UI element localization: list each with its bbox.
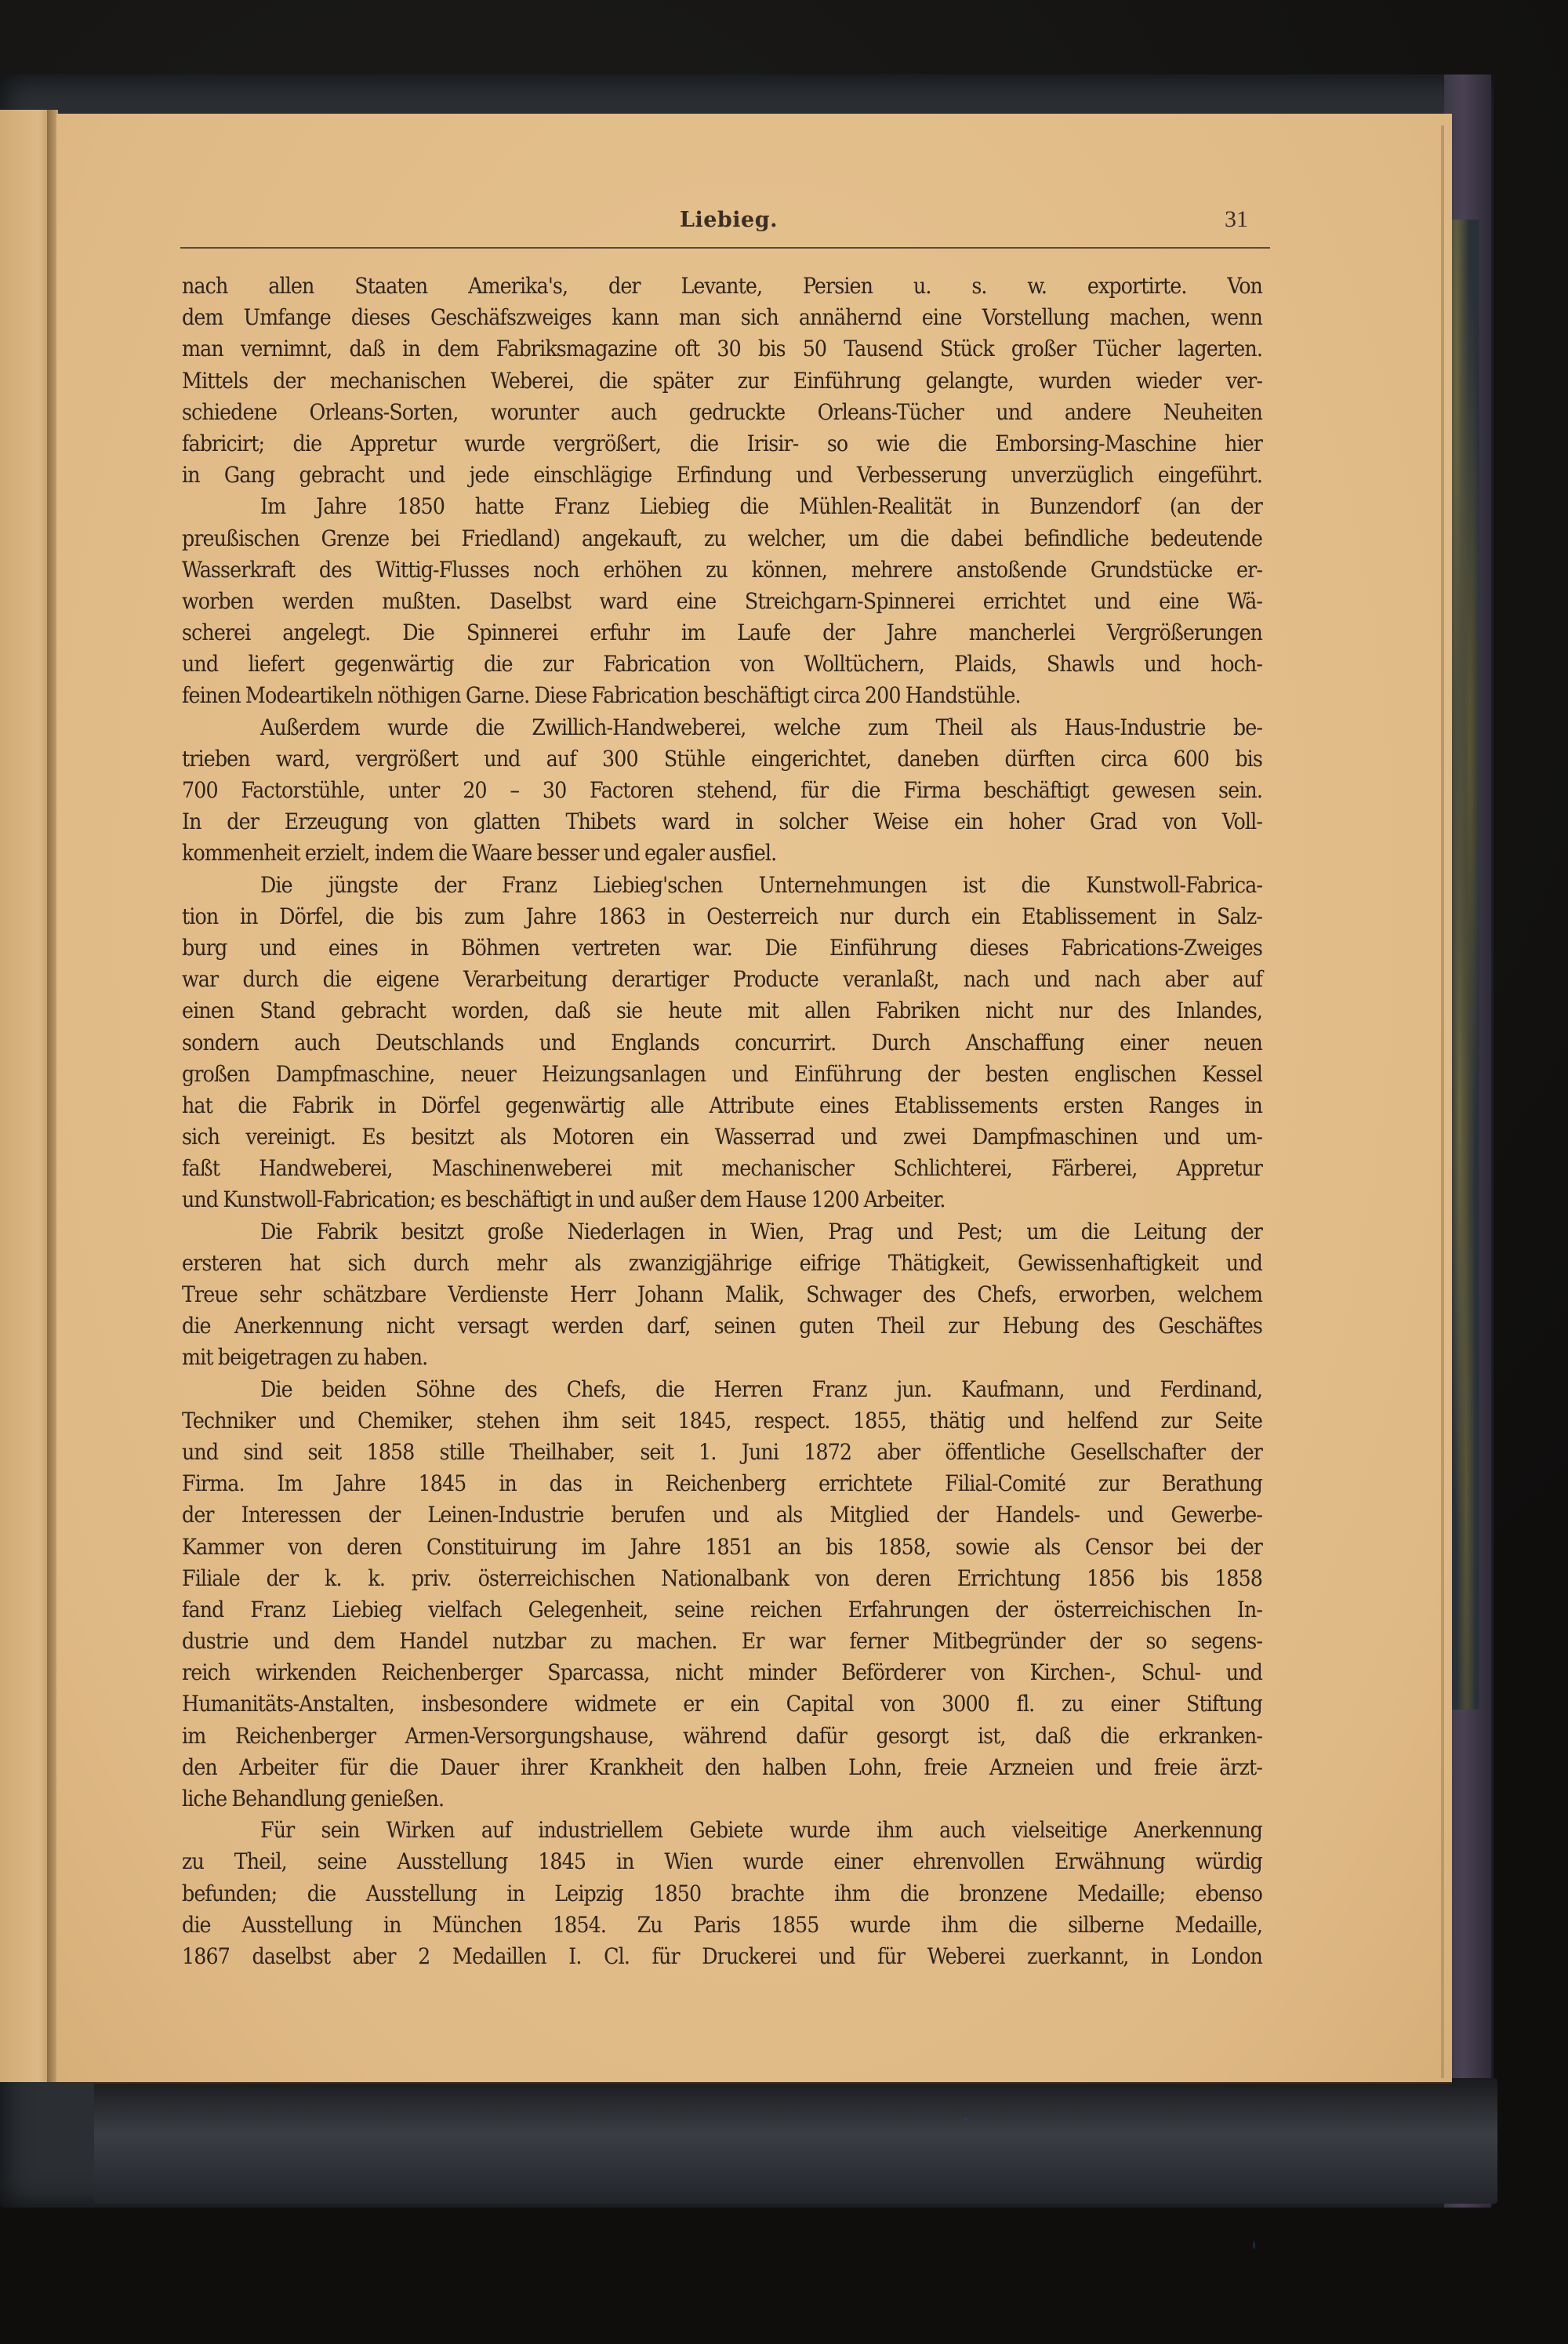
text-line: dustrie und dem Handel nutzbar zu machen…	[182, 1626, 1262, 1657]
text-line: fabricirt; die Appretur wurde vergrößert…	[182, 428, 1262, 460]
text-line: kommenheit erzielt, indem die Waare bess…	[182, 838, 1262, 869]
text-line: sich vereinigt. Es besitzt als Motoren e…	[182, 1121, 1262, 1153]
text-line: In der Erzeugung von glatten Thibets war…	[182, 806, 1262, 838]
text-line: trieben ward, vergrößert und auf 300 Stü…	[182, 743, 1262, 775]
text-line: zu Theil, seine Ausstellung 1845 in Wien…	[182, 1846, 1262, 1877]
page-number: 31	[1225, 206, 1248, 233]
text-line: tion in Dörfel, die bis zum Jahre 1863 i…	[182, 901, 1262, 932]
text-line: worben werden mußten. Daselbst ward eine…	[182, 586, 1262, 617]
text-line: liche Behandlung genießen.	[182, 1783, 1262, 1815]
text-line: Im Jahre 1850 hatte Franz Liebieg die Mü…	[182, 491, 1262, 522]
text-line: nach allen Staaten Amerika's, der Levant…	[182, 271, 1262, 302]
page-edge-shadow	[1441, 125, 1444, 2078]
text-line: in Gang gebracht und jede einschlägige E…	[182, 460, 1262, 491]
text-line: faßt Handweberei, Maschinenweberei mit m…	[182, 1153, 1262, 1184]
text-line: der Interessen der Leinen-Industrie beru…	[182, 1499, 1262, 1531]
text-line: Firma. Im Jahre 1845 in das in Reichenbe…	[182, 1468, 1262, 1499]
text-line: Die beiden Söhne des Chefs, die Herren F…	[182, 1374, 1262, 1405]
text-line: und liefert gegenwärtig die zur Fabricat…	[182, 649, 1262, 680]
text-line: Humanitäts-Anstalten, insbesondere widme…	[182, 1688, 1262, 1720]
text-line: fand Franz Liebieg vielfach Gelegenheit,…	[182, 1594, 1262, 1626]
text-line: Die jüngste der Franz Liebieg'schen Unte…	[182, 870, 1262, 901]
text-line: man vernimnt, daß in dem Fabriksmagazine…	[182, 333, 1262, 365]
text-line: Mittels der mechanischen Weberei, die sp…	[182, 365, 1262, 397]
text-line: burg und eines in Böhmen vertreten war. …	[182, 932, 1262, 964]
text-line: Kammer von deren Constituirung im Jahre …	[182, 1532, 1262, 1563]
text-line: die Ausstellung in München 1854. Zu Pari…	[182, 1910, 1262, 1941]
text-line: war durch die eigene Verarbeitung derart…	[182, 964, 1262, 995]
text-line: Wasserkraft des Wittig-Flusses noch erhö…	[182, 554, 1262, 586]
text-line: befunden; die Ausstellung in Leipzig 185…	[182, 1878, 1262, 1910]
ink-speck	[1253, 2241, 1255, 2249]
text-line: reich wirkenden Reichenberger Sparcassa,…	[182, 1657, 1262, 1688]
text-line: ersteren hat sich durch mehr als zwanzig…	[182, 1248, 1262, 1279]
text-line: im Reichenberger Armen-Versorgungshause,…	[182, 1721, 1262, 1752]
text-line: und sind seit 1858 stille Theilhaber, se…	[182, 1437, 1262, 1468]
text-line: Die Fabrik besitzt große Niederlagen in …	[182, 1216, 1262, 1248]
book-cover-bottom-edge	[94, 2078, 1497, 2204]
text-line: sondern auch Deutschlands und Englands c…	[182, 1027, 1262, 1059]
running-title: Liebieg.	[680, 208, 778, 232]
text-line: Filiale der k. k. priv. österreichischen…	[182, 1563, 1262, 1594]
text-line: feinen Modeartikeln nöthigen Garne. Dies…	[182, 680, 1262, 711]
text-line: hat die Fabrik in Dörfel gegenwärtig all…	[182, 1090, 1262, 1121]
running-head: Liebieg. 31	[180, 208, 1262, 247]
text-line: dem Umfange dieses Geschäfszweiges kann …	[182, 302, 1262, 333]
text-line: scherei angelegt. Die Spinnerei erfuhr i…	[182, 617, 1262, 649]
text-line: großen Dampfmaschine, neuer Heizungsanla…	[182, 1059, 1262, 1090]
text-line: die Anerkennung nicht versagt werden dar…	[182, 1310, 1262, 1342]
text-line: und Kunstwoll-Fabrication; es beschäftig…	[182, 1184, 1262, 1216]
text-line: Außerdem wurde die Zwillich-Handweberei,…	[182, 712, 1262, 743]
text-line: Techniker und Chemiker, stehen ihm seit …	[182, 1405, 1262, 1437]
text-line: den Arbeiter für die Dauer ihrer Krankhe…	[182, 1752, 1262, 1783]
body-text: nach allen Staaten Amerika's, der Levant…	[182, 271, 1262, 1972]
text-line: 700 Factorstühle, unter 20 – 30 Factoren…	[182, 775, 1262, 806]
ink-speck	[964, 2117, 967, 2121]
text-line: Treue sehr schätzbare Verdienste Herr Jo…	[182, 1279, 1262, 1310]
text-line: mit beigetragen zu haben.	[182, 1342, 1262, 1373]
text-line: schiedene Orleans-Sorten, worunter auch …	[182, 397, 1262, 428]
header-rule	[180, 247, 1270, 249]
text-line: preußischen Grenze bei Friedland) angeka…	[182, 523, 1262, 554]
text-line: 1867 daselbst aber 2 Medaillen I. Cl. fü…	[182, 1941, 1262, 1972]
text-line: einen Stand gebracht worden, daß sie heu…	[182, 995, 1262, 1027]
text-line: Für sein Wirken auf industriellem Gebiet…	[182, 1815, 1262, 1846]
